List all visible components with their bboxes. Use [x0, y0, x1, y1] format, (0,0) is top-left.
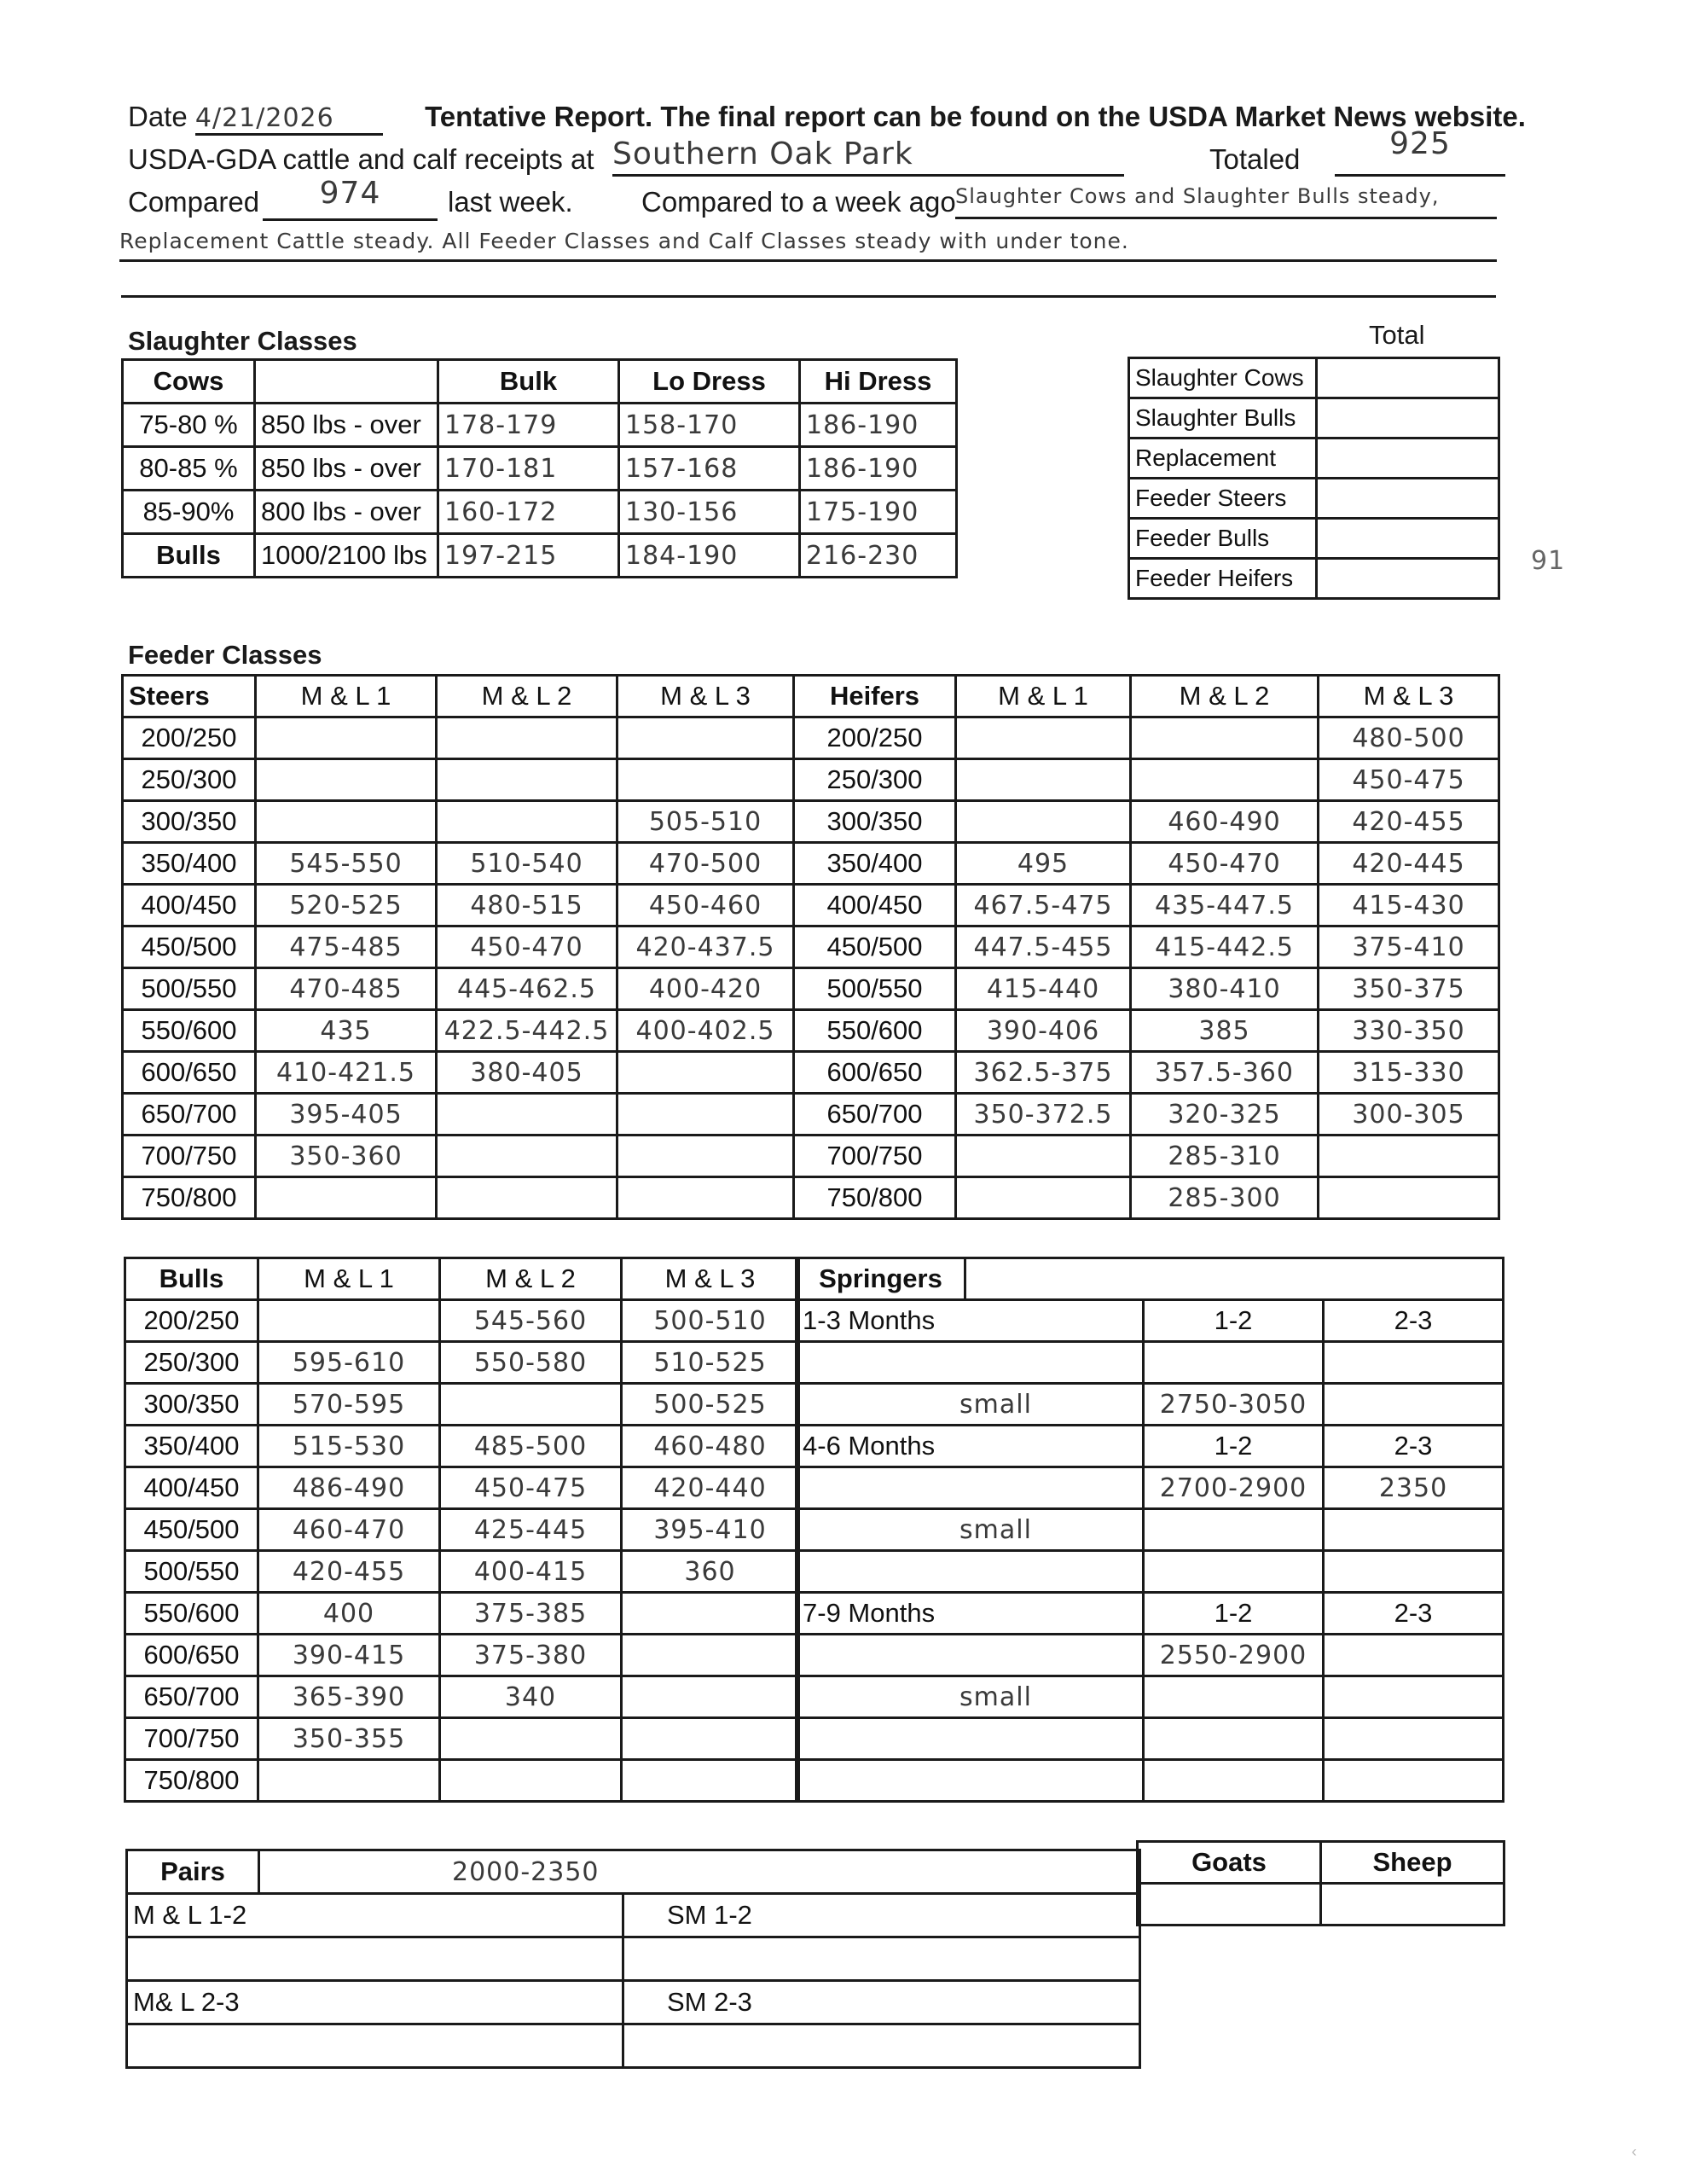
location-field[interactable]: Southern Oak Park: [612, 136, 1124, 177]
steers-price-cell-text: 422.5-442.5: [444, 1016, 610, 1046]
bulk-price-cell-text: 178-179: [444, 410, 557, 440]
totaled-label: Totaled: [1209, 143, 1300, 176]
heifers-price-cell-text: 390-406: [987, 1016, 1099, 1046]
bulls-weight-label: 650/700: [125, 1676, 258, 1718]
springers-size-label-text: small: [959, 1515, 1032, 1545]
steers-price-cell-text: 505-510: [649, 807, 762, 837]
springers-data-row: [797, 1342, 1504, 1384]
heifers-price-cell[interactable]: [956, 1177, 1131, 1219]
bulk-price-cell[interactable]: 170-181: [438, 447, 619, 491]
totals-row: Replacement: [1129, 439, 1499, 479]
bulls-row: 450/500460-470425-445395-410: [125, 1509, 799, 1551]
springers-2-3-price[interactable]: [1324, 1342, 1504, 1384]
springers-age-row: 1-3 Months1-22-3: [797, 1300, 1504, 1342]
feeder-row: 650/700395-405650/700350-372.5320-325300…: [123, 1094, 1499, 1136]
totals-value-cell[interactable]: [1317, 439, 1499, 479]
totals-value-cell[interactable]: [1317, 559, 1499, 599]
heifers-price-cell-text: 435-447.5: [1155, 891, 1294, 921]
heifers-price-cell[interactable]: [1319, 1136, 1499, 1177]
bulls-header-row: BullsM & L 1M & L 2M & L 3: [125, 1258, 799, 1300]
bulls-header: Bulls: [125, 1258, 258, 1300]
heifers-price-cell-text: 420-445: [1352, 849, 1464, 879]
steers-price-cell[interactable]: 435: [256, 1010, 437, 1052]
totals-value-cell[interactable]: [1317, 479, 1499, 519]
grade-1-2-header: 1-2: [1144, 1426, 1324, 1467]
bulls-price-cell[interactable]: [622, 1676, 799, 1718]
bulls-price-cell-text: 545-560: [474, 1306, 587, 1336]
bulls-price-cell-text: 570-595: [293, 1390, 405, 1420]
springers-2-3-price[interactable]: [1324, 1676, 1504, 1718]
totals-value-cell[interactable]: [1317, 519, 1499, 559]
steers-price-cell[interactable]: 470-485: [256, 968, 437, 1010]
steers-price-cell[interactable]: 470-500: [617, 843, 794, 885]
springers-1-2-price[interactable]: 2750-3050: [1144, 1384, 1324, 1426]
feeder-row: 550/600435422.5-442.5400-402.5550/600390…: [123, 1010, 1499, 1052]
steers-price-cell[interactable]: [617, 1052, 794, 1094]
heifers-weight-label: 250/300: [794, 759, 956, 801]
bulls-price-cell-text: 400-415: [474, 1557, 587, 1587]
goats-value[interactable]: [1138, 1884, 1321, 1926]
heifers-price-cell[interactable]: 415-442.5: [1131, 926, 1319, 968]
steers-price-cell[interactable]: [256, 717, 437, 759]
steers-price-cell[interactable]: [437, 1177, 617, 1219]
heifers-price-cell[interactable]: 450-470: [1131, 843, 1319, 885]
hi-dress-price-cell[interactable]: 186-190: [800, 404, 957, 447]
feeder-classes-title: Feeder Classes: [128, 640, 322, 671]
steers-price-cell[interactable]: [617, 759, 794, 801]
springers-2-3-price[interactable]: 2350: [1324, 1467, 1504, 1509]
springers-2-3-price[interactable]: [1324, 1384, 1504, 1426]
sm12-value[interactable]: [623, 1937, 1140, 1981]
grade-label: Bulls: [123, 534, 255, 578]
steers-price-cell[interactable]: [437, 1094, 617, 1136]
steers-price-cell[interactable]: 545-550: [256, 843, 437, 885]
steers-price-cell-text: 410-421.5: [276, 1058, 415, 1088]
steers-price-cell-text: 435: [320, 1016, 371, 1046]
col-header-bulk: Bulk: [438, 360, 619, 404]
heifers-price-cell[interactable]: 460-490: [1131, 801, 1319, 843]
sheep-value[interactable]: [1321, 1884, 1504, 1926]
heifers-price-cell[interactable]: 495: [956, 843, 1131, 885]
bulls-price-cell[interactable]: 360: [622, 1551, 799, 1593]
totals-value-cell[interactable]: [1317, 398, 1499, 439]
springers-1-2-price-text: 2750-3050: [1160, 1390, 1307, 1420]
springers-1-2-price[interactable]: 2550-2900: [1144, 1635, 1324, 1676]
bulls-price-cell[interactable]: 500-525: [622, 1384, 799, 1426]
slaughter-row: 75-80 %850 lbs - over178-179158-170186-1…: [123, 404, 957, 447]
steers-price-cell[interactable]: 380-405: [437, 1052, 617, 1094]
heifers-price-cell[interactable]: 375-410: [1319, 926, 1499, 968]
bulls-price-cell[interactable]: 340: [440, 1676, 622, 1718]
hi-dress-price-cell[interactable]: 175-190: [800, 491, 957, 534]
steers-price-cell[interactable]: 400-420: [617, 968, 794, 1010]
heifers-price-cell[interactable]: 415-430: [1319, 885, 1499, 926]
heifers-price-cell[interactable]: 385: [1131, 1010, 1319, 1052]
bulls-price-cell-text: 510-525: [653, 1348, 766, 1378]
springers-1-2-price-text: 2700-2900: [1160, 1473, 1307, 1503]
steers-price-cell[interactable]: [437, 801, 617, 843]
springers-1-2-price[interactable]: [1144, 1551, 1324, 1593]
bulls-price-cell[interactable]: 400-415: [440, 1551, 622, 1593]
feeder-row: 600/650410-421.5380-405600/650362.5-3753…: [123, 1052, 1499, 1094]
lo-dress-price-cell[interactable]: 158-170: [619, 404, 800, 447]
steers-grade-header: M & L 2: [437, 676, 617, 717]
heifers-price-cell-text: 285-310: [1168, 1141, 1280, 1171]
bulls-price-cell-text: 460-480: [653, 1432, 766, 1461]
springers-age-label: 7-9 Months: [797, 1593, 1144, 1635]
heifers-price-cell[interactable]: 420-455: [1319, 801, 1499, 843]
weight-label: 800 lbs - over: [255, 491, 438, 534]
steers-price-cell[interactable]: [256, 801, 437, 843]
steers-price-cell-text: 520-525: [289, 891, 402, 921]
heifers-price-cell-text: 375-410: [1352, 932, 1464, 962]
totals-label: Replacement: [1129, 439, 1317, 479]
bulls-price-cell-text: 375-385: [474, 1599, 587, 1629]
grade-2-3-header: 2-3: [1324, 1426, 1504, 1467]
lo-dress-price-cell[interactable]: 157-168: [619, 447, 800, 491]
bulls-price-cell-text: 395-410: [653, 1515, 766, 1545]
steers-price-cell-text: 470-485: [289, 974, 402, 1004]
springers-1-2-price[interactable]: [1144, 1676, 1324, 1718]
bulls-weight-label: 350/400: [125, 1426, 258, 1467]
bulls-price-cell-text: 460-470: [293, 1515, 405, 1545]
totals-row: Feeder Heifers: [1129, 559, 1499, 599]
heifers-price-cell[interactable]: 390-406: [956, 1010, 1131, 1052]
totals-row: Slaughter Bulls: [1129, 398, 1499, 439]
feeder-row: 750/800750/800285-300: [123, 1177, 1499, 1219]
steers-price-cell[interactable]: [437, 759, 617, 801]
bulk-price-cell[interactable]: 197-215: [438, 534, 619, 578]
steers-price-cell[interactable]: 395-405: [256, 1094, 437, 1136]
springers-2-3-price[interactable]: [1324, 1635, 1504, 1676]
steers-price-cell[interactable]: 400-402.5: [617, 1010, 794, 1052]
bulk-price-cell[interactable]: 160-172: [438, 491, 619, 534]
heifers-price-cell[interactable]: 315-330: [1319, 1052, 1499, 1094]
hi-dress-price-cell[interactable]: 186-190: [800, 447, 957, 491]
heifers-weight-label: 600/650: [794, 1052, 956, 1094]
bulls-price-cell[interactable]: 425-445: [440, 1509, 622, 1551]
bulls-price-cell[interactable]: 515-530: [258, 1426, 440, 1467]
bulls-price-cell[interactable]: 486-490: [258, 1467, 440, 1509]
hi-dress-price-cell[interactable]: 216-230: [800, 534, 957, 578]
steers-weight-label: 550/600: [123, 1010, 256, 1052]
heifers-weight-label: 400/450: [794, 885, 956, 926]
bulls-price-cell[interactable]: 550-580: [440, 1342, 622, 1384]
heifers-price-cell[interactable]: 320-325: [1131, 1094, 1319, 1136]
col-header-cows: Cows: [123, 360, 255, 404]
bulls-price-cell[interactable]: [258, 1760, 440, 1802]
heifers-price-cell[interactable]: 357.5-360: [1131, 1052, 1319, 1094]
springers-size-label-text: small: [959, 1682, 1032, 1712]
bulls-price-cell-text: 420-455: [293, 1557, 405, 1587]
hi-dress-price-cell-text: 186-190: [806, 454, 919, 484]
springers-1-2-price[interactable]: 2700-2900: [1144, 1467, 1324, 1509]
steers-weight-label: 300/350: [123, 801, 256, 843]
totals-value-cell[interactable]: [1317, 358, 1499, 398]
totals-title: Total: [1369, 320, 1424, 351]
bulls-price-cell[interactable]: [440, 1384, 622, 1426]
steers-price-cell[interactable]: [617, 1177, 794, 1219]
bulls-price-cell[interactable]: 500-510: [622, 1300, 799, 1342]
bulls-price-cell-text: 400: [323, 1599, 374, 1629]
bulls-price-cell-text: 485-500: [474, 1432, 587, 1461]
springers-2-3-price[interactable]: [1324, 1760, 1504, 1802]
steers-price-cell[interactable]: 445-462.5: [437, 968, 617, 1010]
bulls-price-cell-text: 390-415: [293, 1641, 405, 1670]
feeder-row: 450/500475-485450-470420-437.5450/500447…: [123, 926, 1499, 968]
bulls-price-cell[interactable]: [622, 1635, 799, 1676]
lo-dress-price-cell-text: 157-168: [625, 454, 738, 484]
bulls-price-cell[interactable]: 350-355: [258, 1718, 440, 1760]
steers-weight-label: 400/450: [123, 885, 256, 926]
heifers-price-cell[interactable]: 330-350: [1319, 1010, 1499, 1052]
heifers-price-cell[interactable]: 480-500: [1319, 717, 1499, 759]
springers-size-label[interactable]: [797, 1467, 1144, 1509]
hi-dress-price-cell-text: 186-190: [806, 410, 919, 440]
heifers-price-cell[interactable]: [956, 759, 1131, 801]
heifers-price-cell-text: 460-490: [1168, 807, 1280, 837]
steers-price-cell[interactable]: 450-470: [437, 926, 617, 968]
heifers-weight-label: 350/400: [794, 843, 956, 885]
springers-2-3-price[interactable]: [1324, 1509, 1504, 1551]
totals-row: Slaughter Cows: [1129, 358, 1499, 398]
bulls-price-cell[interactable]: 545-560: [440, 1300, 622, 1342]
springers-size-label[interactable]: [797, 1635, 1144, 1676]
steers-price-cell[interactable]: [617, 1094, 794, 1136]
steers-price-cell-text: 450-470: [470, 932, 583, 962]
totals-row: Feeder Steers: [1129, 479, 1499, 519]
heifers-price-cell[interactable]: [1131, 717, 1319, 759]
feeder-row: 350/400545-550510-540470-500350/40049545…: [123, 843, 1499, 885]
springers-size-label-text: small: [959, 1390, 1032, 1420]
bulls-price-cell[interactable]: [440, 1760, 622, 1802]
steers-price-cell[interactable]: 505-510: [617, 801, 794, 843]
ml12-value[interactable]: [127, 1937, 623, 1981]
heifers-price-cell[interactable]: 300-305: [1319, 1094, 1499, 1136]
bulls-price-cell[interactable]: 395-410: [622, 1509, 799, 1551]
heifers-price-cell[interactable]: 450-475: [1319, 759, 1499, 801]
springers-size-label[interactable]: small: [797, 1676, 1144, 1718]
heifers-grade-header: M & L 1: [956, 676, 1131, 717]
steers-price-cell-text: 380-405: [470, 1058, 583, 1088]
steers-price-cell-text: 445-462.5: [457, 974, 596, 1004]
steers-price-cell[interactable]: 475-485: [256, 926, 437, 968]
heifers-price-cell[interactable]: 362.5-375: [956, 1052, 1131, 1094]
springers-1-2-price[interactable]: [1144, 1509, 1324, 1551]
heifers-price-cell-text: 357.5-360: [1155, 1058, 1294, 1088]
heifers-price-cell-text: 285-300: [1168, 1183, 1280, 1213]
steers-price-cell[interactable]: [617, 1136, 794, 1177]
totals-label: Feeder Steers: [1129, 479, 1317, 519]
totals-row: Feeder Bulls: [1129, 519, 1499, 559]
springers-2-3-price[interactable]: [1324, 1718, 1504, 1760]
springers-1-2-price[interactable]: [1144, 1718, 1324, 1760]
bulls-price-cell-text: 420-440: [653, 1473, 766, 1503]
steers-price-cell-text: 545-550: [289, 849, 402, 879]
totals-label: Slaughter Cows: [1129, 358, 1317, 398]
bulls-row: 200/250545-560500-510: [125, 1300, 799, 1342]
heifers-weight-label: 700/750: [794, 1136, 956, 1177]
lo-dress-price-cell[interactable]: 184-190: [619, 534, 800, 578]
goats-sheep-table: Goats Sheep: [1136, 1840, 1505, 1926]
heifers-price-cell[interactable]: 447.5-455: [956, 926, 1131, 968]
heifers-price-cell[interactable]: [1131, 759, 1319, 801]
springers-2-3-price[interactable]: [1324, 1551, 1504, 1593]
steers-price-cell[interactable]: [256, 759, 437, 801]
springers-data-row: [797, 1718, 1504, 1760]
bulls-row: 650/700365-390340: [125, 1676, 799, 1718]
slaughter-table: Cows Bulk Lo Dress Hi Dress 75-80 %850 l…: [121, 358, 958, 578]
heifers-price-cell[interactable]: 350-372.5: [956, 1094, 1131, 1136]
comment-line-2[interactable]: Replacement Cattle steady. All Feeder Cl…: [119, 229, 1497, 262]
bulls-price-cell[interactable]: [258, 1300, 440, 1342]
steers-price-cell[interactable]: 510-540: [437, 843, 617, 885]
bulls-price-cell-text: 340: [505, 1682, 556, 1712]
grade-1-2-header: 1-2: [1144, 1593, 1324, 1635]
bulls-weight-label: 700/750: [125, 1718, 258, 1760]
lo-dress-price-cell-text: 130-156: [625, 497, 738, 527]
steers-weight-label: 500/550: [123, 968, 256, 1010]
pairs-value: 2000-2350: [452, 1857, 600, 1887]
springers-size-label[interactable]: small: [797, 1384, 1144, 1426]
steers-price-cell[interactable]: [437, 1136, 617, 1177]
totaled-field[interactable]: 925: [1335, 126, 1505, 177]
bulls-price-cell-text: 450-475: [474, 1473, 587, 1503]
springers-2-3-price-text: 2350: [1379, 1473, 1447, 1503]
heifers-price-cell[interactable]: 285-300: [1131, 1177, 1319, 1219]
col-header-hi-dress: Hi Dress: [800, 360, 957, 404]
heifers-price-cell[interactable]: 415-440: [956, 968, 1131, 1010]
steers-price-cell[interactable]: 350-360: [256, 1136, 437, 1177]
heifers-price-cell[interactable]: 420-445: [1319, 843, 1499, 885]
steers-price-cell[interactable]: 520-525: [256, 885, 437, 926]
bulls-price-cell[interactable]: 375-385: [440, 1593, 622, 1635]
bulls-price-cell-text: 500-510: [653, 1306, 766, 1336]
bulls-price-cell-text: 360: [684, 1557, 735, 1587]
heifers-price-cell[interactable]: 350-375: [1319, 968, 1499, 1010]
bulls-price-cell[interactable]: 390-415: [258, 1635, 440, 1676]
comment-line-1[interactable]: Slaughter Cows and Slaughter Bulls stead…: [955, 184, 1497, 219]
pairs-value-cell[interactable]: 2000-2350: [259, 1850, 1140, 1894]
slaughter-row: 80-85 %850 lbs - over170-181157-168186-1…: [123, 447, 957, 491]
sm23-label: SM 2-3: [623, 1981, 1140, 2024]
bulls-price-cell[interactable]: 365-390: [258, 1676, 440, 1718]
heifers-weight-label: 200/250: [794, 717, 956, 759]
bulk-price-cell[interactable]: 178-179: [438, 404, 619, 447]
springers-1-2-price[interactable]: [1144, 1342, 1324, 1384]
lo-dress-price-cell[interactable]: 130-156: [619, 491, 800, 534]
steers-price-cell-text: 470-500: [649, 849, 762, 879]
bulls-grade-header: M & L 2: [440, 1258, 622, 1300]
springers-size-label[interactable]: [797, 1342, 1144, 1384]
heifers-price-cell[interactable]: 467.5-475: [956, 885, 1131, 926]
heifers-weight-label: 550/600: [794, 1010, 956, 1052]
bulk-price-cell-text: 197-215: [444, 541, 557, 571]
bulls-price-cell[interactable]: 400: [258, 1593, 440, 1635]
feeder-row: 250/300250/300450-475: [123, 759, 1499, 801]
heifers-price-cell[interactable]: [956, 1136, 1131, 1177]
bulls-price-cell[interactable]: 570-595: [258, 1384, 440, 1426]
bulls-price-cell[interactable]: 460-480: [622, 1426, 799, 1467]
bulls-price-cell-text: 486-490: [293, 1473, 405, 1503]
sm23-value[interactable]: [623, 2024, 1140, 2068]
heifers-price-cell-text: 300-305: [1352, 1100, 1464, 1130]
heifers-price-cell[interactable]: [1319, 1177, 1499, 1219]
heifers-price-cell[interactable]: [956, 717, 1131, 759]
bulls-price-cell[interactable]: [440, 1718, 622, 1760]
steers-price-cell[interactable]: [437, 717, 617, 759]
steers-price-cell[interactable]: 450-460: [617, 885, 794, 926]
ml23-value[interactable]: [127, 2024, 623, 2068]
bulls-price-cell[interactable]: [622, 1593, 799, 1635]
ml23-label: M& L 2-3: [127, 1981, 623, 2024]
steers-price-cell[interactable]: 422.5-442.5: [437, 1010, 617, 1052]
bulls-price-cell[interactable]: [622, 1760, 799, 1802]
steers-price-cell[interactable]: [256, 1177, 437, 1219]
bulls-price-cell[interactable]: 375-380: [440, 1635, 622, 1676]
steers-price-cell[interactable]: 480-515: [437, 885, 617, 926]
springers-size-label[interactable]: [797, 1718, 1144, 1760]
weight-label: 850 lbs - over: [255, 404, 438, 447]
steers-weight-label: 600/650: [123, 1052, 256, 1094]
springers-size-label[interactable]: [797, 1551, 1144, 1593]
slaughter-row: 85-90%800 lbs - over160-172130-156175-19…: [123, 491, 957, 534]
slaughter-header-row: Cows Bulk Lo Dress Hi Dress: [123, 360, 957, 404]
bulls-price-cell[interactable]: 420-455: [258, 1551, 440, 1593]
bulls-weight-label: 300/350: [125, 1384, 258, 1426]
springers-1-2-price[interactable]: [1144, 1760, 1324, 1802]
compared-field[interactable]: 974: [263, 176, 438, 221]
totals-label: Feeder Bulls: [1129, 519, 1317, 559]
receipts-label: USDA-GDA cattle and calf receipts at: [128, 143, 594, 176]
springers-data-row: 2550-2900: [797, 1635, 1504, 1676]
heifers-price-cell[interactable]: [956, 801, 1131, 843]
heifers-price-cell[interactable]: 435-447.5: [1131, 885, 1319, 926]
heifers-price-cell-text: 447.5-455: [974, 932, 1113, 962]
heifers-price-cell-text: 350-375: [1352, 974, 1464, 1004]
heifers-price-cell[interactable]: 285-310: [1131, 1136, 1319, 1177]
slaughter-classes-title: Slaughter Classes: [128, 326, 357, 357]
springers-age-row: 4-6 Months1-22-3: [797, 1426, 1504, 1467]
steers-price-cell[interactable]: 410-421.5: [256, 1052, 437, 1094]
heifers-price-cell-text: 380-410: [1168, 974, 1280, 1004]
bulls-price-cell[interactable]: 485-500: [440, 1426, 622, 1467]
steers-price-cell[interactable]: 420-437.5: [617, 926, 794, 968]
col-header-weight: [255, 360, 438, 404]
steers-price-cell[interactable]: [617, 717, 794, 759]
heifers-price-cell-text: 385: [1198, 1016, 1249, 1046]
bulls-row: 500/550420-455400-415360: [125, 1551, 799, 1593]
grade-label: 80-85 %: [123, 447, 255, 491]
bulls-price-cell[interactable]: 450-475: [440, 1467, 622, 1509]
bulls-row: 300/350570-595500-525: [125, 1384, 799, 1426]
bulls-price-cell[interactable]: 510-525: [622, 1342, 799, 1384]
steers-weight-label: 700/750: [123, 1136, 256, 1177]
bulls-price-cell[interactable]: 595-610: [258, 1342, 440, 1384]
heifers-price-cell[interactable]: 380-410: [1131, 968, 1319, 1010]
springers-size-label[interactable]: small: [797, 1509, 1144, 1551]
bulls-price-cell[interactable]: 460-470: [258, 1509, 440, 1551]
springers-size-label[interactable]: [797, 1760, 1144, 1802]
feeder-row: 700/750350-360700/750285-310: [123, 1136, 1499, 1177]
bulls-grade-header: M & L 1: [258, 1258, 440, 1300]
bulls-row: 700/750350-355: [125, 1718, 799, 1760]
date-value[interactable]: 4/21/2026: [195, 103, 383, 136]
grade-label: 75-80 %: [123, 404, 255, 447]
bulls-price-cell[interactable]: [622, 1718, 799, 1760]
bulls-price-cell[interactable]: 420-440: [622, 1467, 799, 1509]
comment-line-3[interactable]: [121, 264, 1496, 298]
